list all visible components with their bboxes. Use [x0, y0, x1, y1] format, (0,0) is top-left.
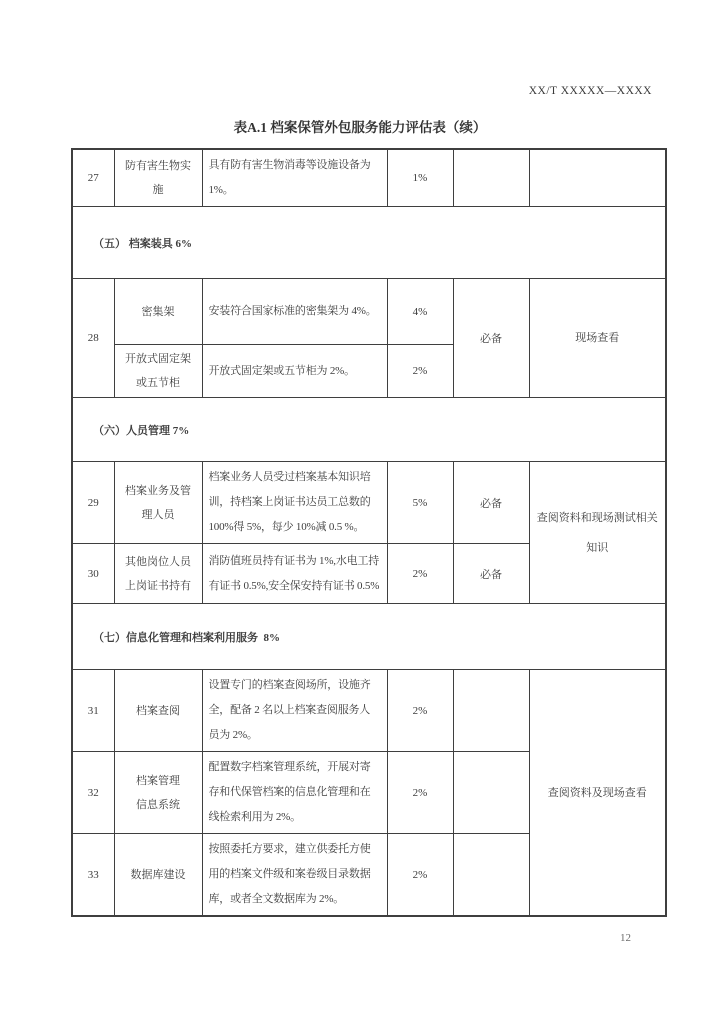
section-header-row: （五） 档案装具 6%: [72, 207, 666, 279]
criteria-cell: 消防值班员持有证书为 1%,水电工持有证书 0.5%,安全保安持有证书 0.5%: [202, 544, 387, 604]
row-number-cell: 32: [72, 752, 114, 834]
required-cell: [453, 752, 529, 834]
row-number-cell: 31: [72, 670, 114, 752]
item-name-cell: 档案业务及管理人员: [114, 462, 202, 544]
item-name-cell: 档案查阅: [114, 670, 202, 752]
row-number-cell: 29: [72, 462, 114, 544]
required-cell: 必备: [453, 544, 529, 604]
section-header-row: （七）信息化管理和档案利用服务 8%: [72, 604, 666, 670]
score-cell: 2%: [387, 544, 453, 604]
section-header-label: （五） 档案装具 6%: [72, 207, 666, 279]
required-cell: [453, 834, 529, 917]
method-cell: 查阅资料和现场测试相关知识: [529, 462, 666, 604]
row-number-cell: 33: [72, 834, 114, 917]
required-cell: 必备: [453, 279, 529, 398]
score-cell: 2%: [387, 834, 453, 917]
required-cell: 必备: [453, 462, 529, 544]
criteria-cell: 配置数字档案管理系统，开展对寄存和代保管档案的信息化管理和在线检索利用为 2%。: [202, 752, 387, 834]
table-row: 29 档案业务及管理人员 档案业务人员受过档案基本知识培训，持档案上岗证书达员工…: [72, 462, 666, 544]
standard-reference-number: XX/T XXXXX—XXXX: [0, 85, 652, 97]
item-name-cell: 其他岗位人员上岗证书持有: [114, 544, 202, 604]
table-row: 27 防有害生物实施 具有防有害生物消毒等设施设备为1%。 1%: [72, 149, 666, 207]
page-number: 12: [620, 932, 631, 944]
row-number-cell: 27: [72, 149, 114, 207]
score-cell: 1%: [387, 149, 453, 207]
section-header-row: （六）人员管理 7%: [72, 398, 666, 462]
criteria-cell: 开放式固定架或五节柜为 2%。: [202, 345, 387, 398]
method-cell: [529, 149, 666, 207]
criteria-cell: 具有防有害生物消毒等设施设备为1%。: [202, 149, 387, 207]
score-cell: 2%: [387, 345, 453, 398]
item-name-cell: 数据库建设: [114, 834, 202, 917]
required-cell: [453, 149, 529, 207]
item-name-cell: 开放式固定架或五节柜: [114, 345, 202, 398]
criteria-cell: 安装符合国家标准的密集架为 4%。: [202, 279, 387, 345]
row-number-cell: 30: [72, 544, 114, 604]
criteria-cell: 档案业务人员受过档案基本知识培训，持档案上岗证书达员工总数的 100%得 5%，…: [202, 462, 387, 544]
section-header-label: （六）人员管理 7%: [72, 398, 666, 462]
table-row: 28 密集架 安装符合国家标准的密集架为 4%。 4% 必备 现场查看: [72, 279, 666, 345]
item-name-cell: 密集架: [114, 279, 202, 345]
score-cell: 5%: [387, 462, 453, 544]
item-name-cell: 防有害生物实施: [114, 149, 202, 207]
criteria-cell: 按照委托方要求，建立供委托方使用的档案文件级和案卷级目录数据库，或者全文数据库为…: [202, 834, 387, 917]
method-cell: 现场查看: [529, 279, 666, 398]
score-cell: 4%: [387, 279, 453, 345]
method-cell: 查阅资料及现场查看: [529, 670, 666, 917]
score-cell: 2%: [387, 752, 453, 834]
score-cell: 2%: [387, 670, 453, 752]
row-number-cell: 28: [72, 279, 114, 398]
section-header-label: （七）信息化管理和档案利用服务 8%: [72, 604, 666, 670]
required-cell: [453, 670, 529, 752]
table-title: 表A.1 档案保管外包服务能力评估表（续）: [0, 116, 720, 136]
item-name-cell: 档案管理 信息系统: [114, 752, 202, 834]
evaluation-table: 27 防有害生物实施 具有防有害生物消毒等设施设备为1%。 1% （五） 档案装…: [71, 148, 667, 917]
criteria-cell: 设置专门的档案查阅场所，设施齐全，配备 2 名以上档案查阅服务人员为 2%。: [202, 670, 387, 752]
table-row: 31 档案查阅 设置专门的档案查阅场所，设施齐全，配备 2 名以上档案查阅服务人…: [72, 670, 666, 752]
